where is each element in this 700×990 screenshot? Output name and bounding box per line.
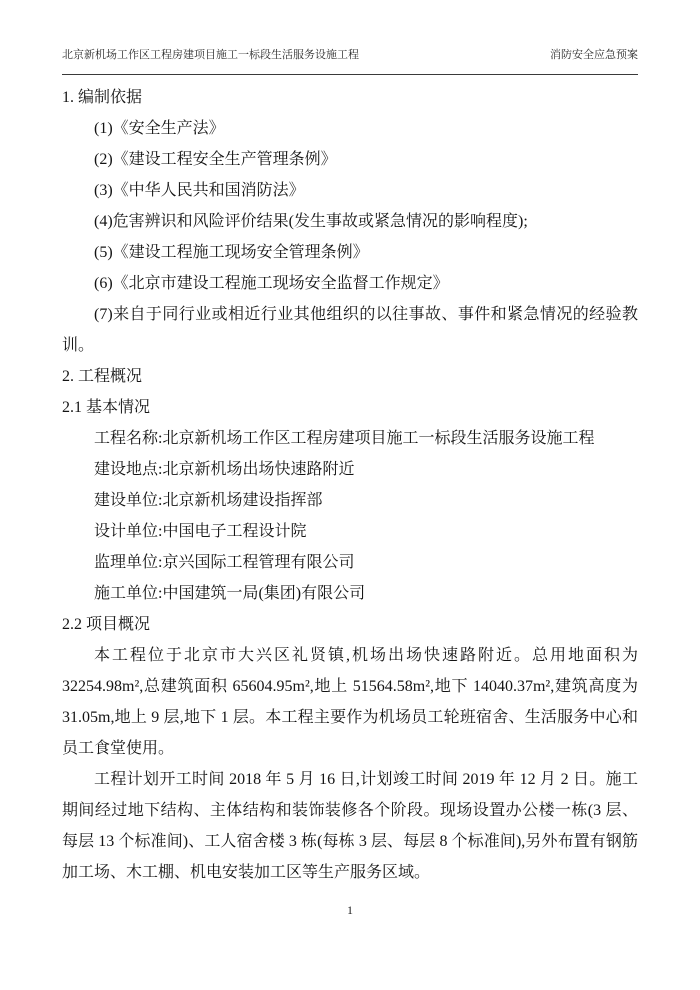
reference-item-5: (5)《建设工程施工现场安全管理条例》	[62, 237, 638, 268]
overview-paragraph-1: 本工程位于北京市大兴区礼贤镇,机场出场快速路附近。总用地面积为 32254.98…	[62, 640, 638, 764]
field-location: 建设地点:北京新机场出场快速路附近	[62, 454, 638, 485]
field-supervisor: 监理单位:京兴国际工程管理有限公司	[62, 547, 638, 578]
header-rule	[62, 74, 638, 75]
field-designer: 设计单位:中国电子工程设计院	[62, 516, 638, 547]
section-2-1-heading: 2.1 基本情况	[62, 392, 638, 423]
reference-item-7: (7)来自于同行业或相近行业其他组织的以往事故、事件和紧急情况的经验教训。	[62, 299, 638, 361]
reference-item-3: (3)《中华人民共和国消防法》	[62, 175, 638, 206]
section-2-heading: 2. 工程概况	[62, 361, 638, 392]
reference-item-2: (2)《建设工程安全生产管理条例》	[62, 144, 638, 175]
document-body: 1. 编制依据 (1)《安全生产法》 (2)《建设工程安全生产管理条例》 (3)…	[62, 82, 638, 888]
document-page: 北京新机场工作区工程房建项目施工一标段生活服务设施工程 消防安全应急预案 1. …	[0, 0, 700, 990]
page-footer: 1	[62, 903, 638, 918]
header-doc-title: 消防安全应急预案	[550, 46, 638, 62]
field-owner: 建设单位:北京新机场建设指挥部	[62, 485, 638, 516]
overview-paragraph-2: 工程计划开工时间 2018 年 5 月 16 日,计划竣工时间 2019 年 1…	[62, 764, 638, 888]
page-number: 1	[347, 903, 353, 917]
reference-item-1: (1)《安全生产法》	[62, 113, 638, 144]
reference-item-6: (6)《北京市建设工程施工现场安全监督工作规定》	[62, 268, 638, 299]
field-project-name: 工程名称:北京新机场工作区工程房建项目施工一标段生活服务设施工程	[62, 423, 638, 454]
page-header: 北京新机场工作区工程房建项目施工一标段生活服务设施工程 消防安全应急预案	[62, 46, 638, 74]
header-project-title: 北京新机场工作区工程房建项目施工一标段生活服务设施工程	[62, 46, 359, 62]
section-2-2-heading: 2.2 项目概况	[62, 609, 638, 640]
reference-item-4: (4)危害辨识和风险评价结果(发生事故或紧急情况的影响程度);	[62, 206, 638, 237]
field-contractor: 施工单位:中国建筑一局(集团)有限公司	[62, 578, 638, 609]
section-1-heading: 1. 编制依据	[62, 82, 638, 113]
